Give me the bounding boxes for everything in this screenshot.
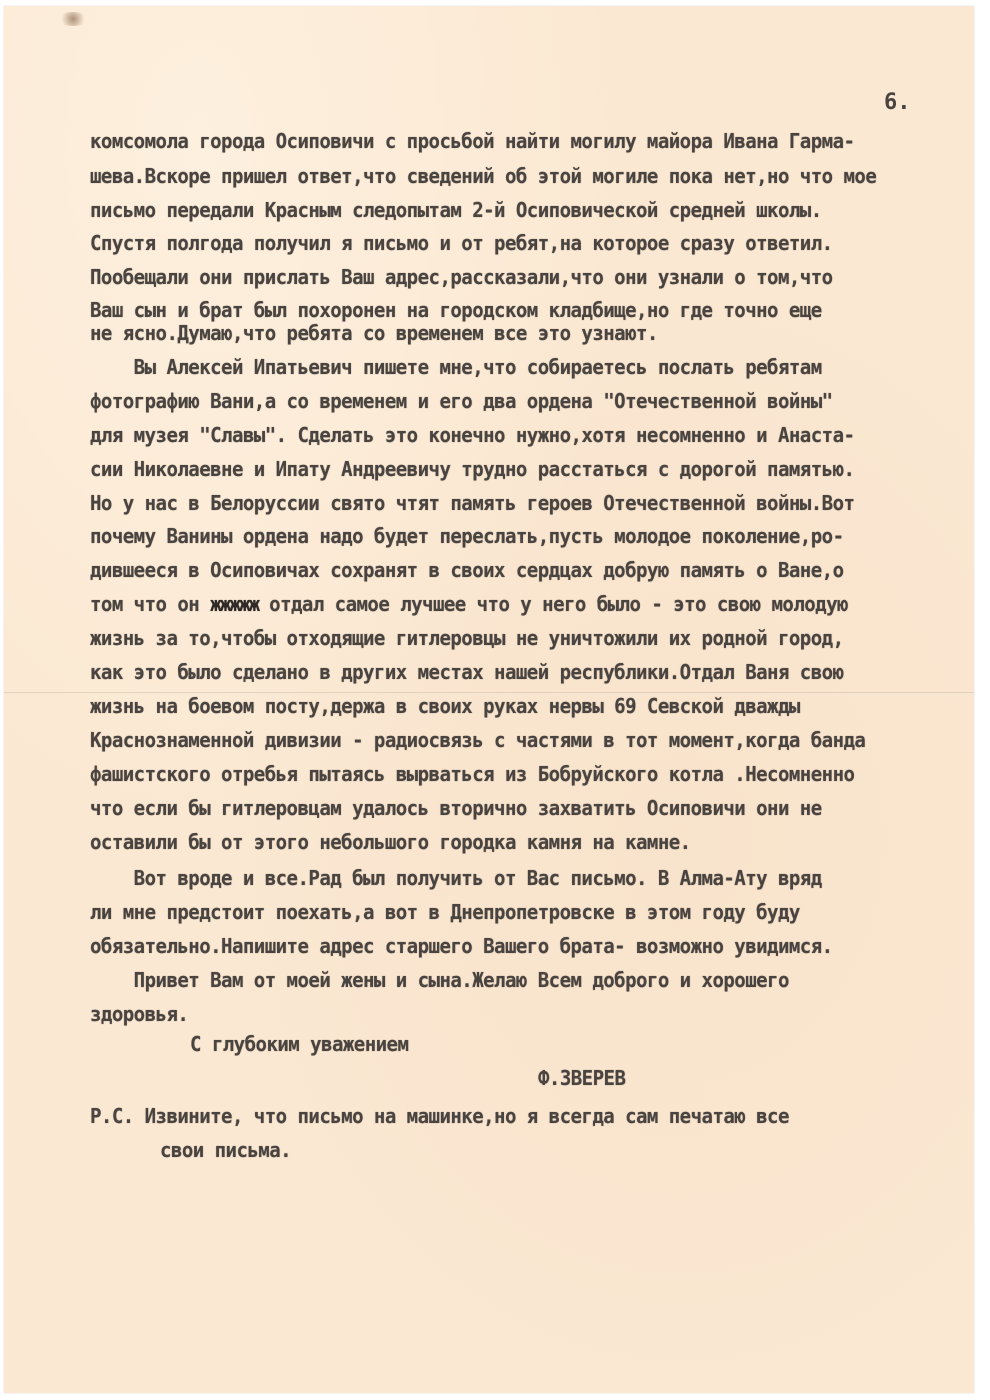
text-line: оставили бы от этого небольшого городка … — [90, 832, 691, 853]
text-line: почему Ванины ордена надо будет переслат… — [90, 526, 843, 547]
text-line: Вы Алексей Ипатьевич пишете мне,что соби… — [90, 357, 822, 378]
page-number: 6. — [884, 90, 911, 115]
text-line: фашистского отребья пытаясь вырваться из… — [90, 764, 854, 785]
text-line: для музея "Славы". Сделать это конечно н… — [90, 425, 854, 446]
postscript-line: свои письма. — [160, 1140, 291, 1161]
text-line: комсомола города Осиповичи с просьбой на… — [90, 131, 854, 152]
text-line: сии Николаевне и Ипату Андреевичу трудно… — [90, 459, 854, 480]
text-segment: том что он — [90, 592, 210, 616]
text-line: письмо передали Красным следопытам 2-й О… — [90, 200, 822, 221]
text-line: Пообещали они прислать Ваш адрес,рассказ… — [90, 267, 833, 288]
paper-stain — [58, 12, 88, 26]
struck-out-word: жжжжж — [210, 592, 258, 616]
text-line: Привет Вам от моей жены и сына.Желаю Все… — [90, 970, 789, 991]
text-line: здоровья. — [90, 1004, 188, 1025]
text-line: что если бы гитлеровцам удалось вторично… — [90, 798, 822, 819]
text-line: Краснознаменной дивизии - радиосвязь с ч… — [90, 730, 865, 751]
text-line-with-strikeout: том что он жжжжж отдал самое лучшее что … — [90, 594, 848, 615]
text-line: не ясно.Думаю,что ребята со временем все… — [90, 323, 658, 344]
signature: Ф.ЗВЕРЕВ — [538, 1068, 625, 1089]
text-line: Но у нас в Белоруссии свято чтят память … — [90, 493, 854, 514]
text-line: шева.Вскоре пришел ответ,что сведений об… — [90, 166, 876, 187]
text-line: фотографию Вани,а со временем и его два … — [90, 391, 833, 412]
postscript-line: Р.С. Извините, что письмо на машинке,но … — [90, 1106, 789, 1127]
text-segment: отдал самое лучшее что у него было - это… — [258, 592, 848, 616]
text-line: Спустя полгода получил я письмо и от реб… — [90, 233, 833, 254]
text-line: обязательно.Напишите адрес старшего Ваше… — [90, 936, 833, 957]
text-line: жизнь на боевом посту,держа в своих рука… — [90, 696, 800, 717]
text-line: дившееся в Осиповичах сохранят в своих с… — [90, 560, 843, 581]
text-line: Ваш сын и брат был похоронен на городско… — [90, 300, 822, 321]
letter-page: 6. комсомола города Осиповичи с просьбой… — [4, 6, 974, 1393]
closing-line: С глубоким уважением — [190, 1034, 408, 1055]
text-line: жизнь за то,чтобы отходящие гитлеровцы н… — [90, 628, 843, 649]
text-line: Вот вроде и все.Рад был получить от Вас … — [90, 868, 822, 889]
text-line: ли мне предстоит поехать,а вот в Днепроп… — [90, 902, 800, 923]
text-line: как это было сделано в других местах наш… — [90, 662, 843, 683]
